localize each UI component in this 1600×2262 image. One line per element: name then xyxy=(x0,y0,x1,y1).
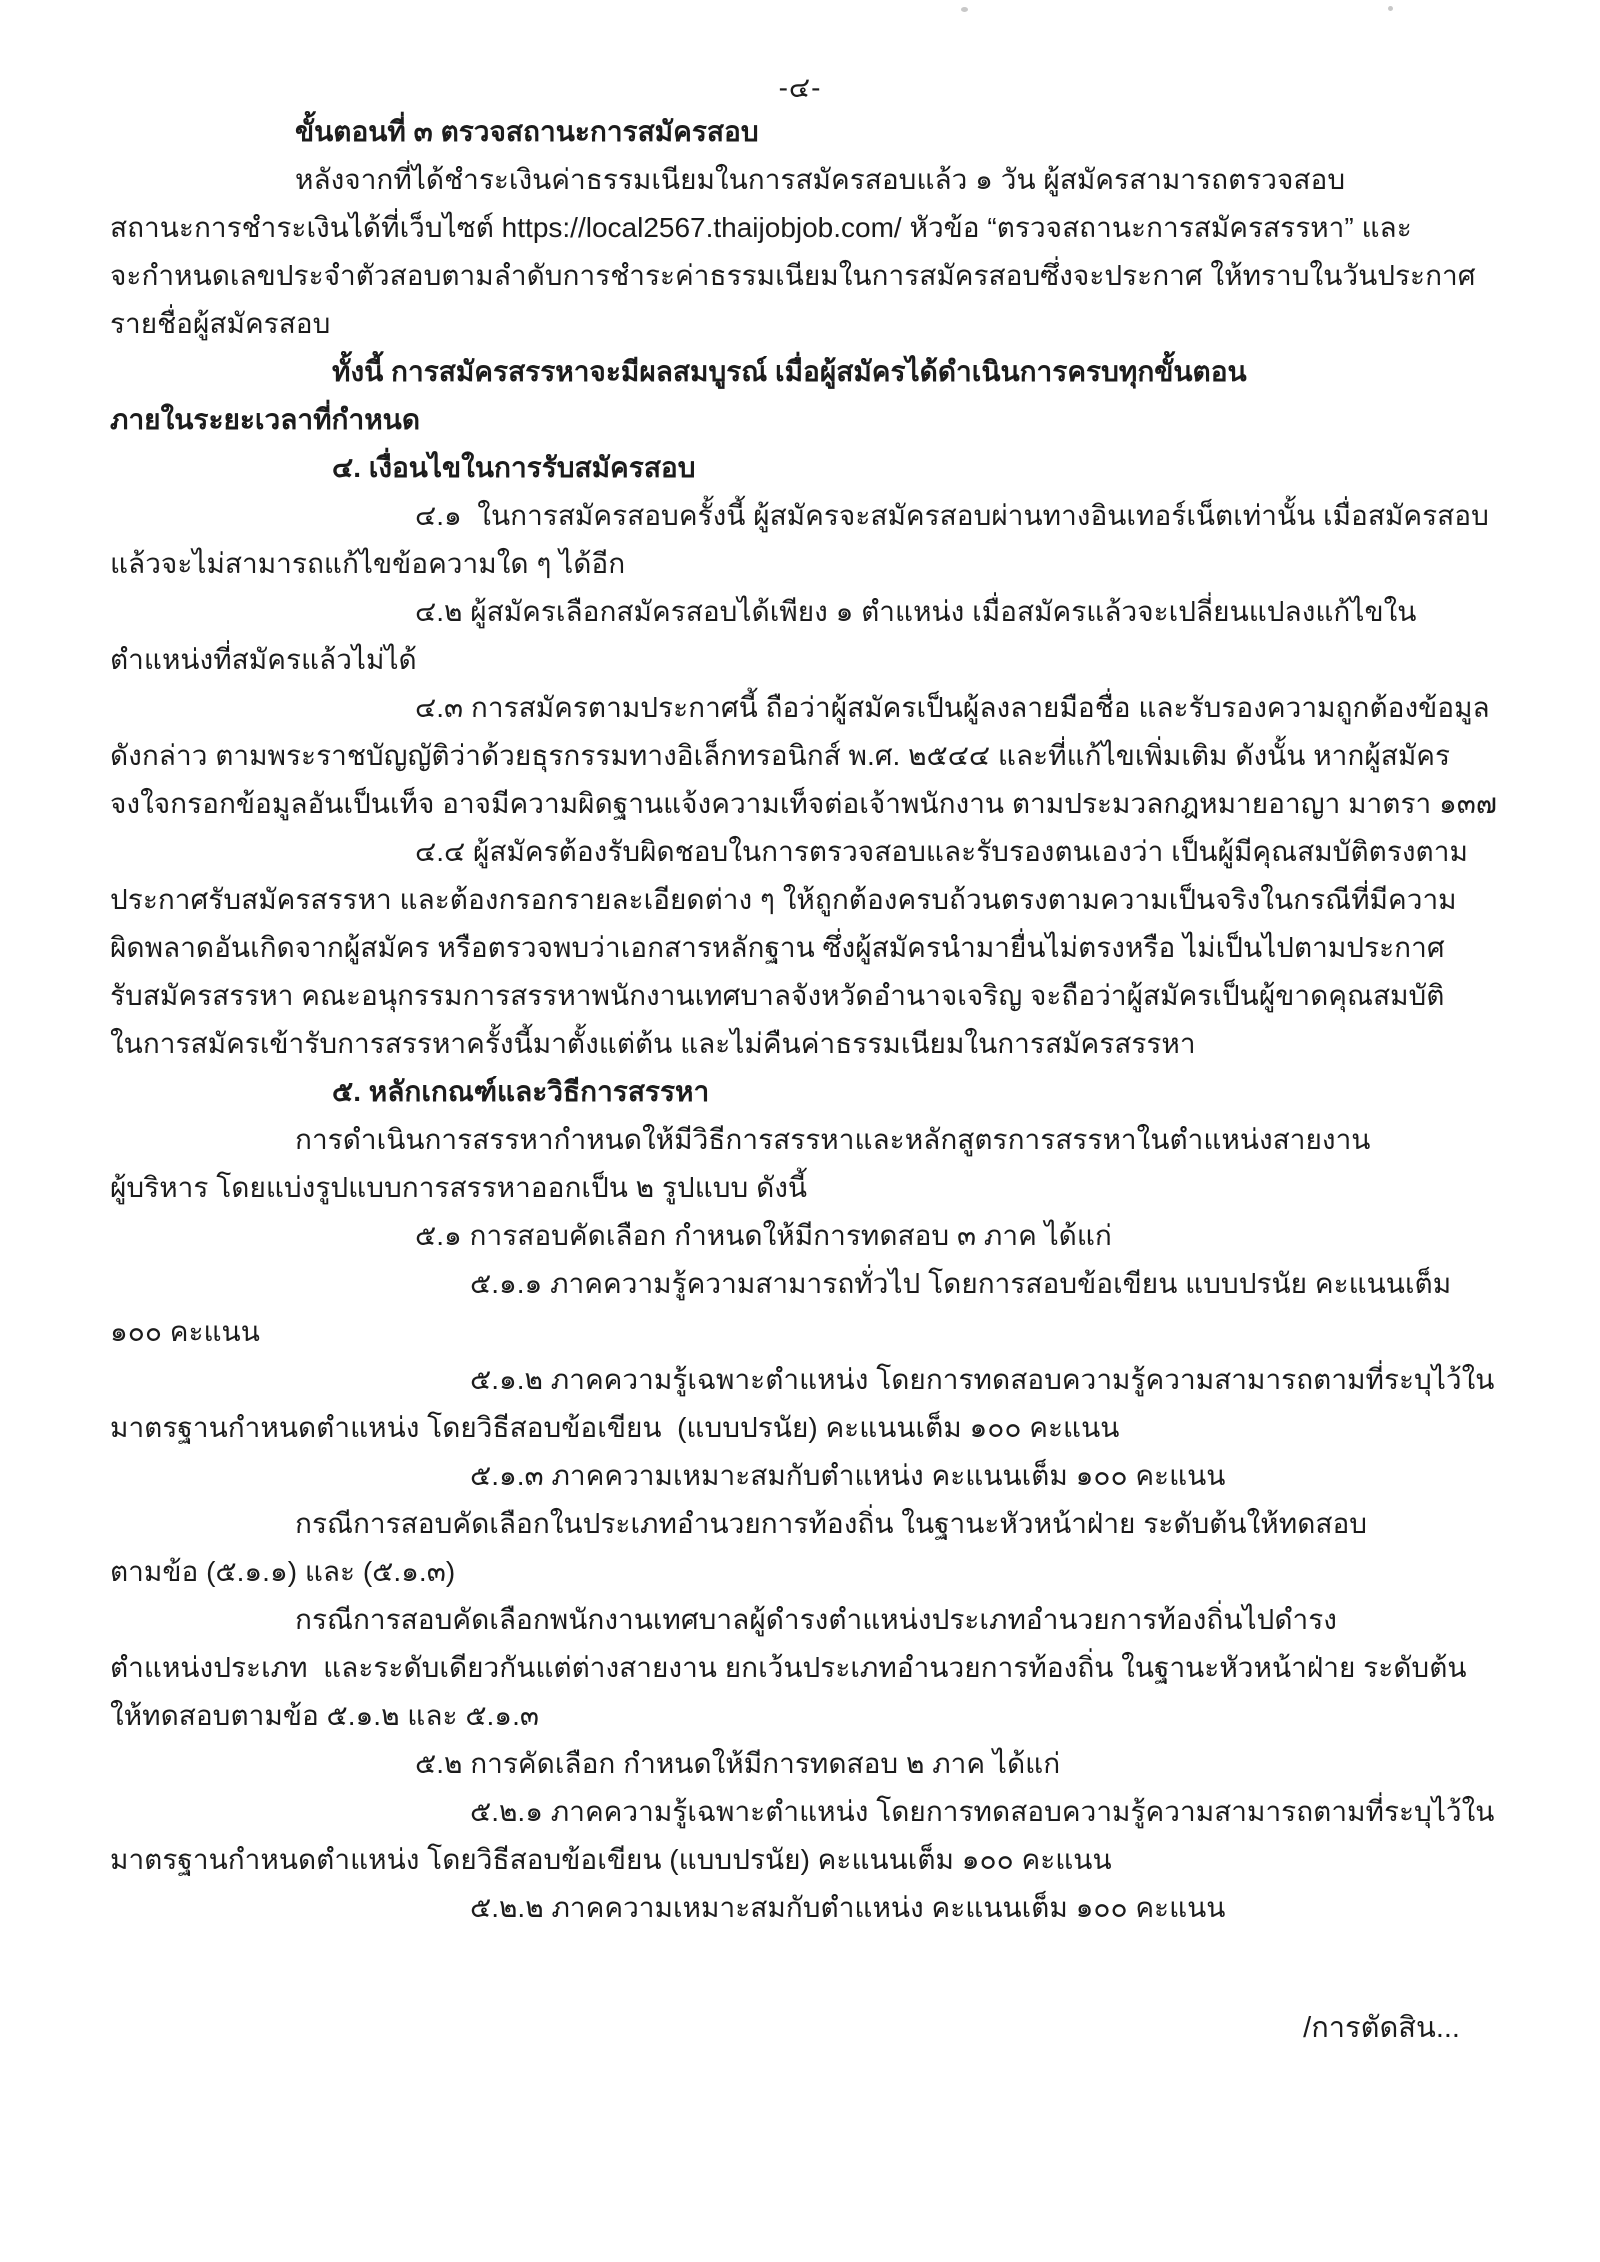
text-line: จะกำหนดเลขประจำตัวสอบตามลำดับการชำระค่าธ… xyxy=(110,252,1515,300)
text-line: กรณีการสอบคัดเลือกในประเภทอำนวยการท้องถิ… xyxy=(295,1500,1515,1548)
text-line: ๕.๑.๑ ภาคความรู้ความสามารถทั่วไป โดยการส… xyxy=(470,1260,1515,1308)
text-line: ๔.๔ ผู้สมัครต้องรับผิดชอบในการตรวจสอบและ… xyxy=(415,828,1515,876)
text-line: ๔.๑ ในการสมัครสอบครั้งนี้ ผู้สมัครจะสมัค… xyxy=(415,492,1515,540)
text-line: ทั้งนี้ การสมัครสรรหาจะมีผลสมบูรณ์ เมื่อ… xyxy=(332,348,1515,396)
scan-speck xyxy=(961,7,968,12)
text-line: ตามข้อ (๕.๑.๑) และ (๕.๑.๓) xyxy=(110,1548,1515,1596)
text-line: ผู้บริหาร โดยแบ่งรูปแบบการสรรหาออกเป็น ๒… xyxy=(110,1164,1515,1212)
footer-continuation-note: /การตัดสิน... xyxy=(1303,2004,1460,2052)
text-line: หลังจากที่ได้ชำระเงินค่าธรรมเนียมในการสม… xyxy=(295,156,1515,204)
text-line: ๕. หลักเกณฑ์และวิธีการสรรหา xyxy=(332,1068,1515,1116)
document-body: ขั้นตอนที่ ๓ ตรวจสถานะการสมัครสอบหลังจาก… xyxy=(110,108,1515,1932)
text-line: ให้ทดสอบตามข้อ ๕.๑.๒ และ ๕.๑.๓ xyxy=(110,1692,1515,1740)
text-line: ๕.๒.๑ ภาคความรู้เฉพาะตำแหน่ง โดยการทดสอบ… xyxy=(470,1788,1515,1836)
text-line: ๕.๒ การคัดเลือก กำหนดให้มีการทดสอบ ๒ ภาค… xyxy=(415,1740,1515,1788)
text-line: ในการสมัครเข้ารับการสรรหาครั้งนี้มาตั้งแ… xyxy=(110,1020,1515,1068)
text-line: รายชื่อผู้สมัครสอบ xyxy=(110,300,1515,348)
text-line: สถานะการชำระเงินได้ที่เว็บไซต์ https://l… xyxy=(110,204,1515,252)
text-line: ภายในระยะเวลาที่กำหนด xyxy=(110,396,1515,444)
scan-speck xyxy=(1388,6,1393,11)
text-line: ๔. เงื่อนไขในการรับสมัครสอบ xyxy=(332,444,1515,492)
text-line: มาตรฐานกำหนดตำแหน่ง โดยวิธีสอบข้อเขียน (… xyxy=(110,1836,1515,1884)
text-line: แล้วจะไม่สามารถแก้ไขข้อความใด ๆ ได้อีก xyxy=(110,540,1515,588)
text-line: กรณีการสอบคัดเลือกพนักงานเทศบาลผู้ดำรงตำ… xyxy=(295,1596,1515,1644)
text-line: ๑๐๐ คะแนน xyxy=(110,1308,1515,1356)
text-line: ๕.๒.๒ ภาคความเหมาะสมกับตำแหน่ง คะแนนเต็ม… xyxy=(470,1884,1515,1932)
document-page: -๔- ขั้นตอนที่ ๓ ตรวจสถานะการสมัครสอบหลั… xyxy=(0,0,1600,2262)
text-line: ผิดพลาดอันเกิดจากผู้สมัคร หรือตรวจพบว่าเ… xyxy=(110,924,1515,972)
text-line: ๔.๓ การสมัครตามประกาศนี้ ถือว่าผู้สมัครเ… xyxy=(415,684,1515,732)
text-line: ดังกล่าว ตามพระราชบัญญัติว่าด้วยธุรกรรมท… xyxy=(110,732,1515,780)
text-line: ๕.๑.๒ ภาคความรู้เฉพาะตำแหน่ง โดยการทดสอบ… xyxy=(470,1356,1515,1404)
text-line: ๕.๑ การสอบคัดเลือก กำหนดให้มีการทดสอบ ๓ … xyxy=(415,1212,1515,1260)
text-line: ขั้นตอนที่ ๓ ตรวจสถานะการสมัครสอบ xyxy=(295,108,1515,156)
text-line: ประกาศรับสมัครสรรหา และต้องกรอกรายละเอีย… xyxy=(110,876,1515,924)
text-line: มาตรฐานกำหนดตำแหน่ง โดยวิธีสอบข้อเขียน (… xyxy=(110,1404,1515,1452)
text-line: ๔.๒ ผู้สมัครเลือกสมัครสอบได้เพียง ๑ ตำแห… xyxy=(415,588,1515,636)
text-line: ตำแหน่งที่สมัครแล้วไม่ได้ xyxy=(110,636,1515,684)
text-line: ตำแหน่งประเภท และระดับเดียวกันแต่ต่างสาย… xyxy=(110,1644,1515,1692)
page-number: -๔- xyxy=(0,66,1600,110)
text-line: จงใจกรอกข้อมูลอันเป็นเท็จ อาจมีความผิดฐา… xyxy=(110,780,1515,828)
text-line: ๕.๑.๓ ภาคความเหมาะสมกับตำแหน่ง คะแนนเต็ม… xyxy=(470,1452,1515,1500)
text-line: การดำเนินการสรรหากำหนดให้มีวิธีการสรรหาแ… xyxy=(295,1116,1515,1164)
text-line: รับสมัครสรรหา คณะอนุกรรมการสรรหาพนักงานเ… xyxy=(110,972,1515,1020)
